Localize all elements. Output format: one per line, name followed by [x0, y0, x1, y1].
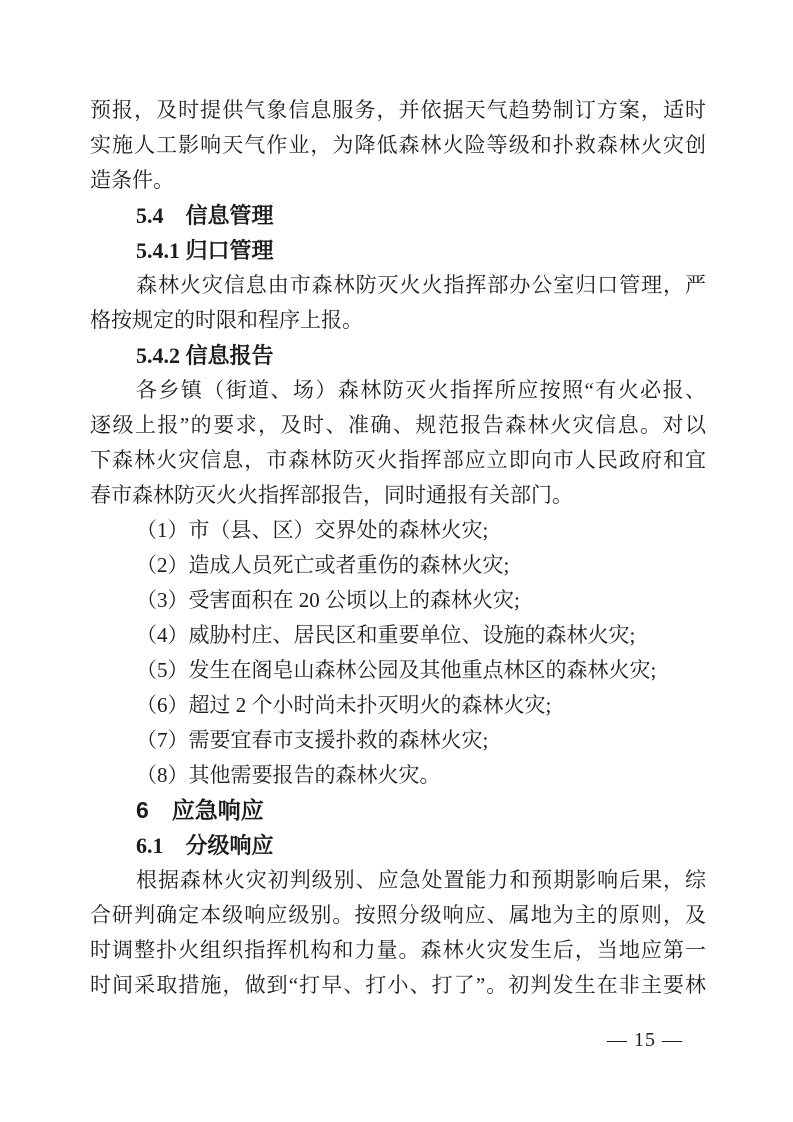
list-item: （4）威胁村庄、居民区和重要单位、设施的森林火灾; — [90, 618, 706, 653]
body-text-line: 造条件。 — [90, 163, 706, 198]
body-text-line: 实施人工影响天气作业，为降低森林火险等级和扑救森林火灾创 — [90, 128, 706, 163]
body-text-line: 时调整扑火组织指挥机构和力量。森林火灾发生后，当地应第一 — [90, 933, 706, 968]
section-heading: 6.1 分级响应 — [90, 828, 706, 863]
list-item: （8）其他需要报告的森林火灾。 — [90, 758, 706, 793]
page-body: 预报，及时提供气象信息服务，并依据天气趋势制订方案，适时实施人工影响天气作业，为… — [90, 93, 706, 1003]
list-item: （3）受害面积在 20 公顷以上的森林火灾; — [90, 583, 706, 618]
list-item: （1）市（县、区）交界处的森林火灾; — [90, 513, 706, 548]
body-text-line: 逐级上报”的要求，及时、准确、规范报告森林火灾信息。对以 — [90, 408, 706, 443]
page-number: — 15 — — [607, 1028, 683, 1052]
body-text-line: 时间采取措施，做到“打早、打小、打了”。初判发生在非主要林 — [90, 968, 706, 1003]
subsection-heading: 5.4.2 信息报告 — [90, 338, 706, 373]
body-text-line: 各乡镇（街道、场）森林防灭火指挥所应按照“有火必报、 — [90, 373, 706, 408]
body-text-line: 春市森林防灭火火指挥部报告，同时通报有关部门。 — [90, 478, 706, 513]
body-text-line: 根据森林火灾初判级别、应急处置能力和预期影响后果，综 — [90, 863, 706, 898]
body-text-line: 合研判确定本级响应级别。按照分级响应、属地为主的原则，及 — [90, 898, 706, 933]
list-item: （2）造成人员死亡或者重伤的森林火灾; — [90, 548, 706, 583]
body-text-line: 森林火灾信息由市森林防灭火火指挥部办公室归口管理，严 — [90, 268, 706, 303]
chapter-heading: 6 应急响应 — [90, 793, 706, 828]
body-text-line: 预报，及时提供气象信息服务，并依据天气趋势制订方案，适时 — [90, 93, 706, 128]
list-item: （6）超过 2 个小时尚未扑灭明火的森林火灾; — [90, 688, 706, 723]
list-item: （7）需要宜春市支援扑救的森林火灾; — [90, 723, 706, 758]
section-heading: 5.4 信息管理 — [90, 198, 706, 233]
subsection-heading: 5.4.1 归口管理 — [90, 233, 706, 268]
list-item: （5）发生在阁皂山森林公园及其他重点林区的森林火灾; — [90, 653, 706, 688]
body-text-line: 格按规定的时限和程序上报。 — [90, 303, 706, 338]
body-text-line: 下森林火灾信息，市森林防灭火指挥部应立即向市人民政府和宜 — [90, 443, 706, 478]
document-page: 预报，及时提供气象信息服务，并依据天气趋势制订方案，适时实施人工影响天气作业，为… — [0, 0, 793, 1122]
